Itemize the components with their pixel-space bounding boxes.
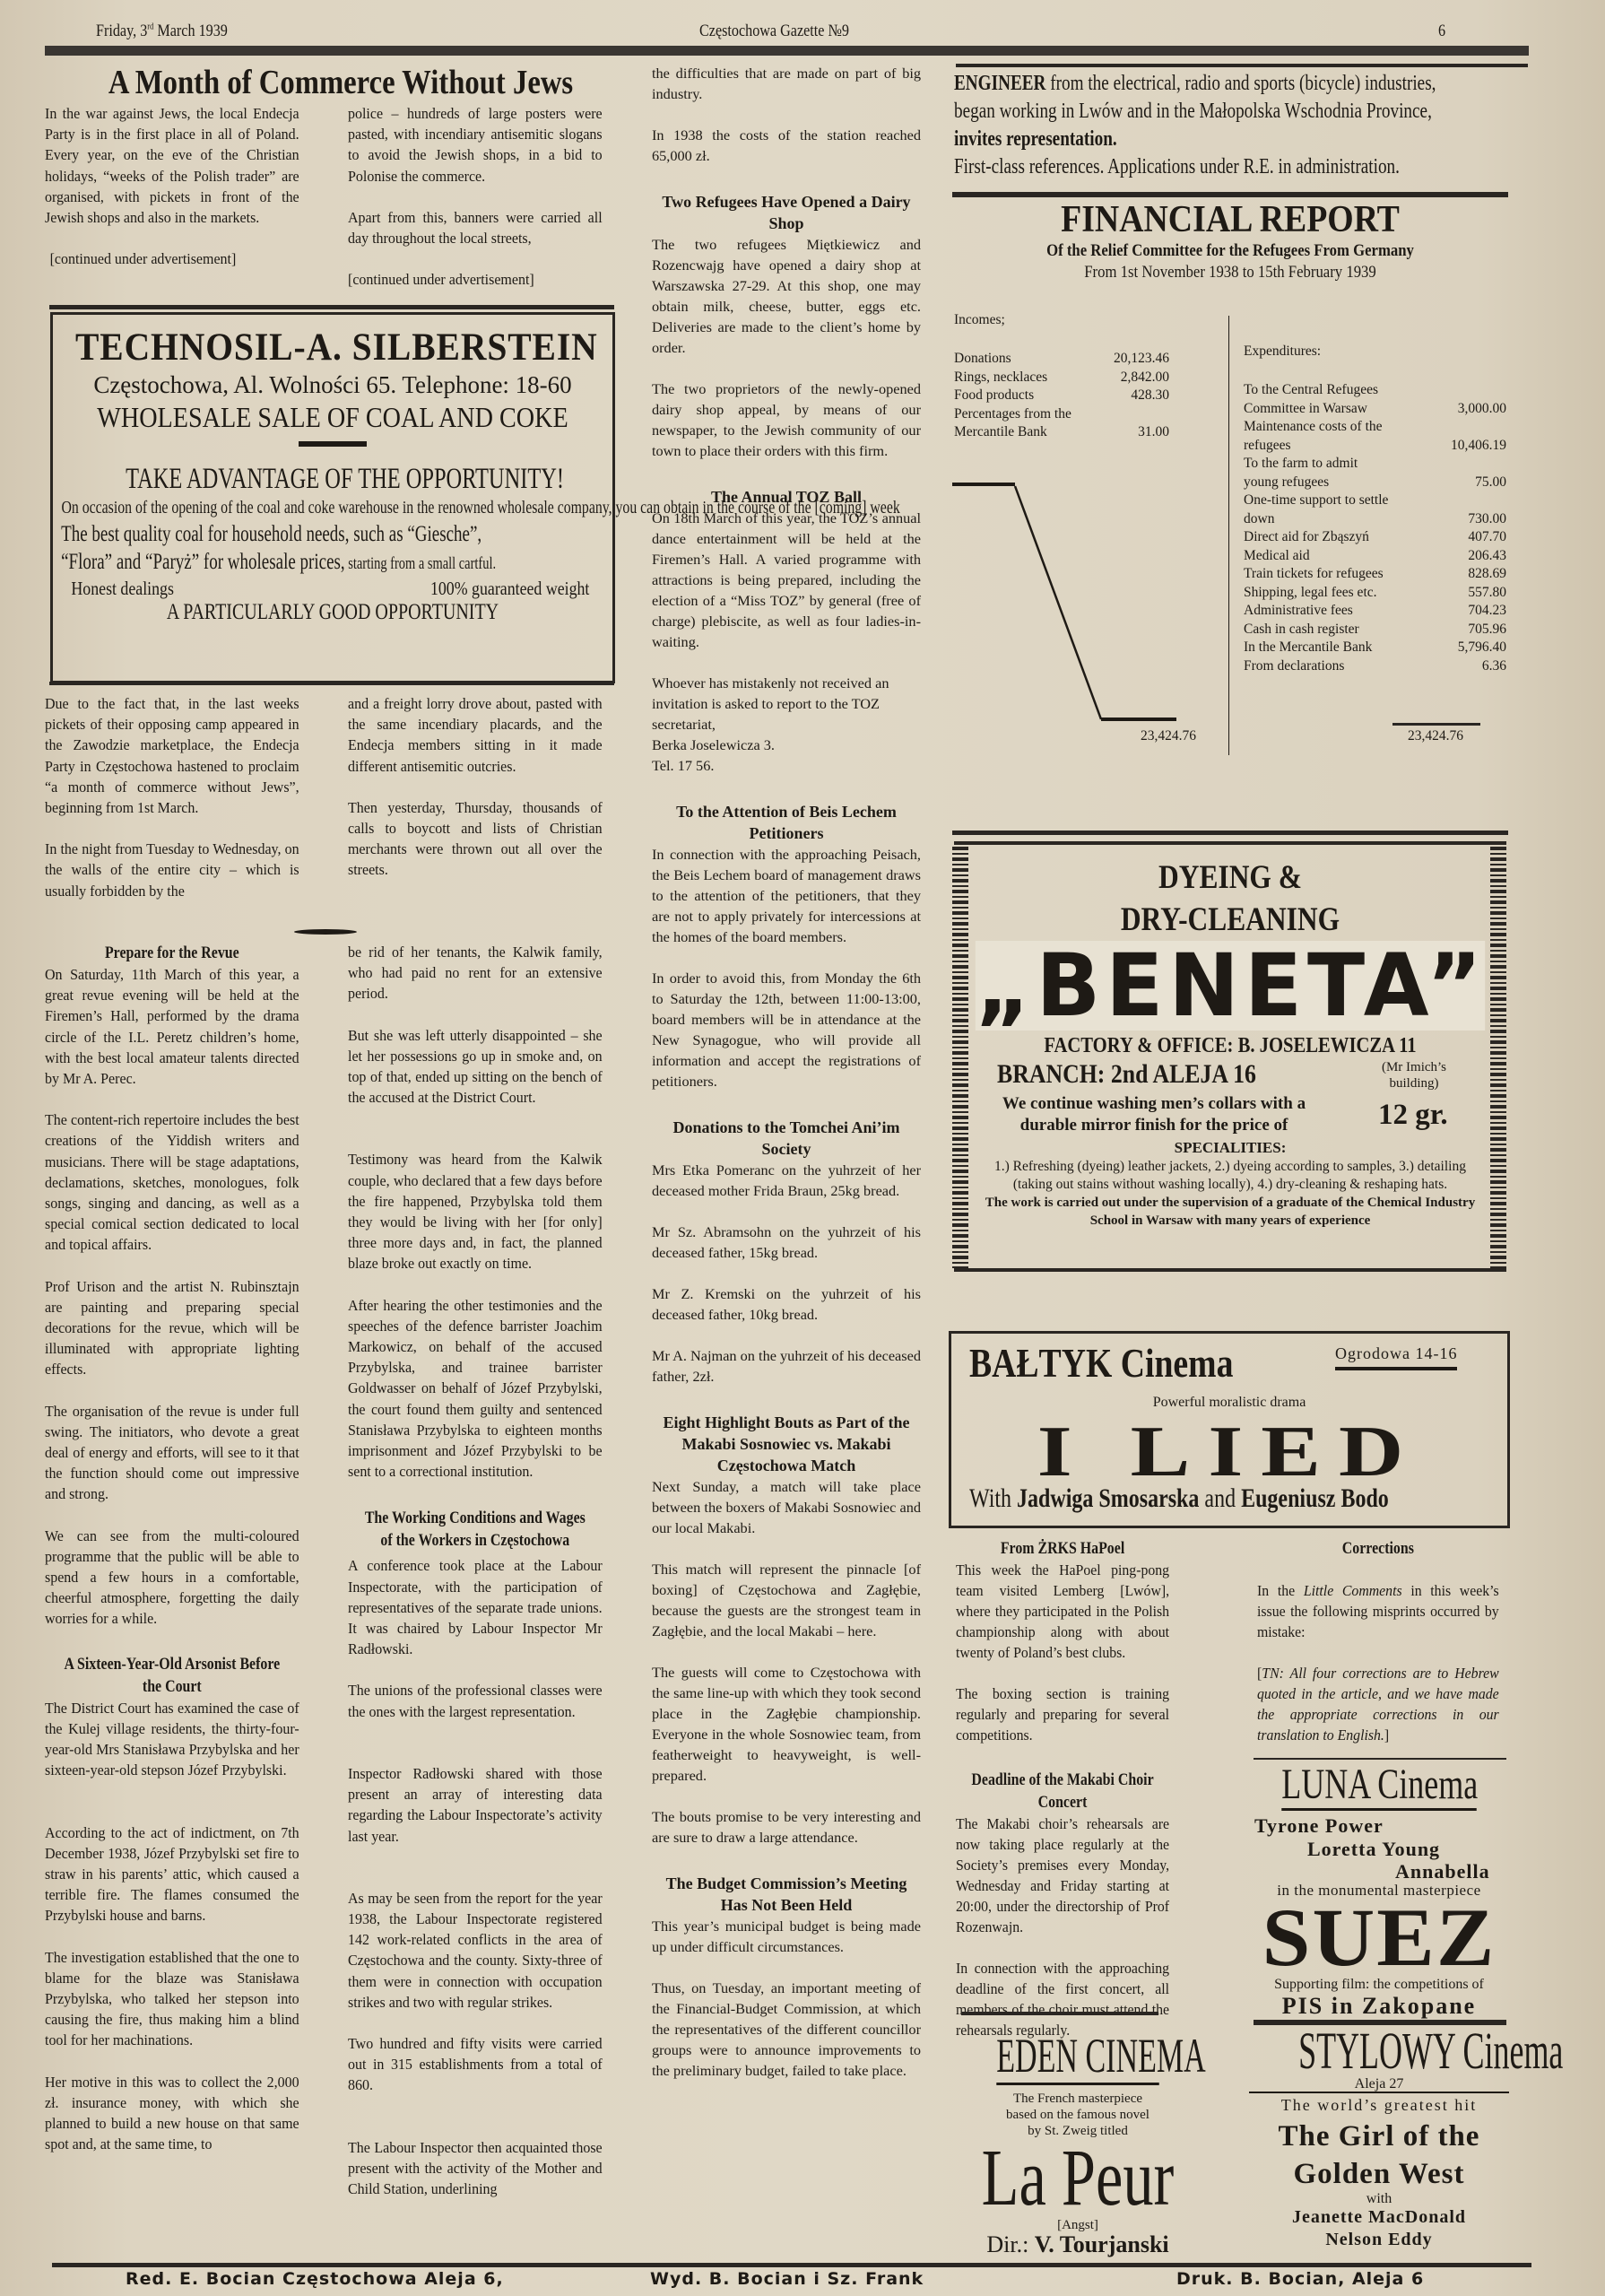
- financial-row: To the Central Refugees: [1244, 381, 1506, 400]
- luna-actor: Tyrone Power: [1254, 1814, 1509, 1838]
- arsonist-title: A Sixteen-Year-Old Arsonist Before the C…: [57, 1653, 286, 1698]
- budget-title: The Budget Commission’s Meeting Has Not …: [652, 1873, 921, 1916]
- row-value: 75.00: [1475, 474, 1506, 492]
- paragraph: Mr A. Najman on the yuhrzeit of his dece…: [652, 1345, 921, 1387]
- row-label: Food products: [954, 387, 1034, 405]
- main-article-col2-top: police – hundreds of large posters were …: [348, 103, 603, 310]
- main-article-col2-bottom: and a freight lorry drove about, pasted …: [348, 693, 603, 881]
- row-value: 206.43: [1468, 547, 1506, 566]
- financial-report-period: From 1st November 1938 to 15th February …: [985, 262, 1475, 283]
- paragraph: We can see from the multi-coloured progr…: [45, 1526, 299, 1630]
- incomes-table: Donations20,123.46Rings, necklaces2,842.…: [954, 350, 1169, 442]
- financial-row: From declarations6.36: [1244, 657, 1506, 676]
- beneta-ad: DYEING & DRY-CLEANING „BENETA” FACTORY &…: [970, 857, 1490, 1230]
- paragraph: A conference took place at the Labour In…: [348, 1555, 603, 1659]
- paragraph: Due to the fact that, in the last weeks …: [45, 693, 299, 818]
- row-label: Percentages from the: [954, 405, 1071, 424]
- paragraph: Then yesterday, Thursday, thousands of c…: [348, 797, 603, 881]
- beneta-brand: „BENETA”: [976, 941, 1485, 1031]
- financial-row: Train tickets for refugees828.69: [1244, 565, 1506, 584]
- luna-support-film: PIS in Zakopane: [1249, 1994, 1509, 2019]
- donations-title: Donations to the Tomchei Ani’im Society: [652, 1117, 921, 1160]
- paragraph: The investigation established that the o…: [45, 1947, 299, 2051]
- paragraph: After hearing the other testimonies and …: [348, 1295, 603, 1483]
- financial-row: Medical aid206.43: [1244, 547, 1506, 566]
- stylowy-name: STYLOWY Cinema: [1298, 2025, 1460, 2077]
- stylowy-film: The Girl of the: [1249, 2117, 1509, 2156]
- continued-note: [continued under advertisement]: [348, 269, 603, 290]
- beneta-supervision: The work is carried out under the superv…: [970, 1194, 1490, 1230]
- luna-actor: Annabella: [1395, 1861, 1509, 1883]
- beneta-collars: We continue washing men’s collars with a…: [979, 1093, 1329, 1136]
- paragraph: The Labour Inspector then acquainted tho…: [348, 2137, 603, 2200]
- eden-ad: EDEN CINEMA The French masterpiece based…: [949, 2029, 1207, 2257]
- beneta-branch: BRANCH: 2nd ALEJA 16: [997, 1059, 1256, 1090]
- financial-row: Mercantile Bank31.00: [954, 423, 1169, 442]
- expenditures-label: Expenditures:: [1244, 344, 1321, 360]
- financial-row: Administrative fees704.23: [1244, 602, 1506, 621]
- paragraph: In connection with the approaching Peisa…: [652, 844, 921, 947]
- expenditures-total: 23,424.76: [1408, 728, 1463, 744]
- ad-rule: [952, 192, 1508, 197]
- row-value: 2,842.00: [1121, 369, 1169, 387]
- paragraph: On Saturday, 11th March of this year, a …: [45, 964, 299, 1089]
- financial-row: One-time support to settle: [1244, 491, 1506, 510]
- hapoel-title: From ŻRKS HaPoel: [967, 1537, 1158, 1560]
- eden-line: The French masterpiece: [949, 2091, 1207, 2107]
- row-value: 704.23: [1468, 602, 1506, 621]
- row-label: young refugees: [1244, 474, 1329, 492]
- row-label: To the farm to admit: [1244, 455, 1358, 474]
- row-label: Rings, necklaces: [954, 369, 1047, 387]
- stylowy-cast: Jeanette MacDonald: [1249, 2206, 1509, 2229]
- row-label: Medical aid: [1244, 547, 1310, 566]
- financial-row: down730.00: [1244, 510, 1506, 529]
- paragraph: This match will represent the pinnacle […: [652, 1559, 921, 1641]
- financial-row: To the farm to admit: [1244, 455, 1506, 474]
- honest-note: Honest dealings: [71, 578, 174, 600]
- row-value: 730.00: [1468, 510, 1506, 529]
- ornamental-border-right: [1490, 847, 1506, 1268]
- financial-row: Maintenance costs of the: [1244, 418, 1506, 437]
- paragraph: Tel. 17 56.: [652, 755, 921, 776]
- ad-rule: [49, 305, 614, 309]
- paragraph: According to the act of indictment, on 7…: [45, 1822, 299, 1926]
- makabi-title: Eight Highlight Bouts as Part of the Mak…: [652, 1412, 921, 1476]
- engineer-line: began working in Lwów and in the Małopol…: [954, 98, 1436, 126]
- beneta-line1: DYEING &: [1010, 857, 1452, 900]
- paragraph: the difficulties that are made on part o…: [652, 63, 921, 104]
- beneta-specialities-label: SPECIALITIES:: [970, 1138, 1490, 1158]
- eden-film: La Peur: [980, 2139, 1176, 2218]
- toz-title: The Annual TOZ Ball: [652, 486, 921, 508]
- financial-report-header: FINANCIAL REPORT Of the Relief Committee…: [952, 199, 1508, 283]
- eden-line: based on the famous novel: [949, 2107, 1207, 2123]
- footer-publisher: Wyd. B. Bocian i Sz. Frank: [650, 2269, 924, 2289]
- technosil-address: Częstochowa, Al. Wolności 65. Telephone:…: [53, 371, 612, 399]
- issue-date: Friday, 3rd March 1939: [96, 22, 228, 41]
- row-value: 557.80: [1468, 584, 1506, 603]
- paragraph: and a freight lorry drove about, pasted …: [348, 693, 603, 777]
- engineer-ad: ENGINEER from the electrical, radio and …: [954, 70, 1436, 181]
- financial-row: Donations20,123.46: [954, 350, 1169, 369]
- financial-row: Percentages from the: [954, 405, 1169, 424]
- stylowy-ad: STYLOWY Cinema Aleja 27 The world’s grea…: [1249, 2025, 1509, 2250]
- corrections-title: Corrections: [1269, 1537, 1487, 1560]
- row-label: down: [1244, 510, 1274, 529]
- paragraph: The bouts promise to be very interesting…: [652, 1806, 921, 1848]
- paragraph: The organisation of the revue is under f…: [45, 1401, 299, 1505]
- row-label: From declarations: [1244, 657, 1344, 676]
- paragraph: This week the HaPoel ping-pong team visi…: [956, 1560, 1169, 1663]
- sum-bracket-line: [950, 475, 1184, 726]
- baltyk-cast: With Jadwiga Smosarska and Eugeniusz Bod…: [969, 1483, 1389, 1514]
- paragraph: As may be seen from the report for the y…: [348, 1888, 603, 2013]
- footer-editor: Red. E. Bocian Częstochowa Aleja 6,: [126, 2269, 504, 2289]
- row-value: 10,406.19: [1451, 437, 1506, 456]
- paragraph: Mrs Etka Pomeranc on the yuhrzeit of her…: [652, 1160, 921, 1201]
- revue-article: Prepare for the Revue On Saturday, 11th …: [45, 942, 299, 2154]
- paragraph: In the war against Jews, the local Endec…: [45, 103, 299, 228]
- arsonist-continued: be rid of her tenants, the Kalwik family…: [348, 942, 603, 2199]
- continued-note: [continued under advertisement]: [45, 248, 299, 269]
- total-rule: [1392, 723, 1480, 726]
- technosil-notes: Honest dealings 100% guaranteed weight: [53, 578, 604, 600]
- row-value: 428.30: [1131, 387, 1169, 405]
- ad-rule: [1254, 1758, 1506, 1760]
- paragraph: The boxing section is training regularly…: [956, 1683, 1169, 1745]
- paragraph: Whoever has mistakenly not received an i…: [652, 673, 921, 735]
- financial-row: Food products428.30: [954, 387, 1169, 405]
- luna-name: LUNA Cinema: [1281, 1761, 1477, 1811]
- beneta-branch-note: (Mr Imich’s building): [1365, 1059, 1463, 1091]
- row-value: 6.36: [1482, 657, 1506, 676]
- hapoel-choir-column: From ŻRKS HaPoel This week the HaPoel pi…: [956, 1537, 1169, 2040]
- baltyk-address: Ogrodowa 14-16: [1335, 1344, 1457, 1370]
- paragraph: be rid of her tenants, the Kalwik family…: [348, 942, 603, 1004]
- paragraph: The content-rich repertoire includes the…: [45, 1109, 299, 1255]
- financial-row: Committee in Warsaw3,000.00: [1244, 400, 1506, 419]
- luna-film: SUEZ: [1243, 1899, 1516, 1976]
- paragraph: Testimony was heard from the Kalwik coup…: [348, 1149, 603, 1274]
- footer-rule: [52, 2263, 1531, 2267]
- luna-actor: Loretta Young: [1307, 1838, 1509, 1861]
- paragraph: The District Court has examined the case…: [45, 1698, 299, 1781]
- choir-title: Deadline of the Makabi Choir Concert: [967, 1769, 1158, 1813]
- row-value: 828.69: [1468, 565, 1506, 584]
- beneta-price: 12 gr.: [1378, 1099, 1448, 1132]
- paragraph: Apart from this, banners were carried al…: [348, 207, 603, 248]
- incomes-total: 23,424.76: [1141, 728, 1196, 744]
- main-article-col1-bottom: Due to the fact that, in the last weeks …: [45, 693, 299, 901]
- row-label: Mercantile Bank: [954, 423, 1047, 442]
- stylowy-tagline: The world’s greatest hit: [1249, 2093, 1509, 2117]
- dairy-title: Two Refugees Have Opened a Dairy Shop: [652, 191, 921, 234]
- row-label: Committee in Warsaw: [1244, 400, 1367, 419]
- engineer-label: ENGINEER: [954, 72, 1045, 95]
- paragraph: Mr Sz. Abramsohn on the yuhrzeit of his …: [652, 1222, 921, 1263]
- row-label: Direct aid for Zbąszyń: [1244, 528, 1369, 547]
- stylowy-with: with: [1249, 2192, 1509, 2206]
- row-label: Cash in cash register: [1244, 621, 1359, 639]
- financial-report-title: FINANCIAL REPORT: [980, 199, 1480, 240]
- luna-ad: LUNA Cinema Tyrone Power Loretta Young A…: [1249, 1761, 1509, 2019]
- main-article-col1-top: In the war against Jews, the local Endec…: [45, 103, 299, 290]
- baltyk-film: I LIED: [882, 1409, 1577, 1495]
- row-label: Donations: [954, 350, 1011, 369]
- paragraph: Next Sunday, a match will take place bet…: [652, 1476, 921, 1538]
- engineer-line: invites representation.: [954, 126, 1436, 153]
- technosil-prices: “Flora” and “Paryż” for wholesale prices…: [53, 548, 478, 578]
- row-label: In the Mercantile Bank: [1244, 639, 1372, 657]
- financial-report-subtitle: Of the Relief Committee for the Refugees…: [985, 240, 1475, 262]
- expenditures-table: To the Central RefugeesCommittee in Wars…: [1244, 381, 1506, 675]
- paragraph: Two hundred and fifty visits were carrie…: [348, 2033, 603, 2096]
- newspaper-page: Friday, 3rd March 1939 Częstochowa Gazet…: [0, 0, 1605, 2296]
- corrections: Corrections In the Little Comments in th…: [1257, 1537, 1499, 1766]
- weight-note: 100% guaranteed weight: [430, 578, 589, 600]
- baltyk-name: BAŁTYK Cinema: [969, 1339, 1233, 1387]
- technosil-headline: WHOLESALE SALE OF COAL AND COKE: [86, 401, 578, 434]
- beneta-factory: FACTORY & OFFICE: B. JOSELEWICZA 11: [1007, 1032, 1454, 1059]
- financial-row: young refugees75.00: [1244, 474, 1506, 492]
- engineer-line: First-class references. Applications und…: [954, 153, 1436, 181]
- ornamental-border-left: [952, 847, 968, 1268]
- eden-name: EDEN CINEMA: [996, 2029, 1158, 2085]
- paragraph: On 18th March of this year, the TOZ’s an…: [652, 508, 921, 652]
- paragraph: This year’s municipal budget is being ma…: [652, 1916, 921, 1957]
- column-three: the difficulties that are made on part o…: [652, 63, 921, 2081]
- paragraph: But she was left utterly disappointed – …: [348, 1025, 603, 1109]
- ad-rule: [961, 2012, 1158, 2015]
- financial-row: Cash in cash register705.96: [1244, 621, 1506, 639]
- paragraph: The Makabi choir’s rehearsals are now ta…: [956, 1813, 1169, 1937]
- financial-row: In the Mercantile Bank5,796.40: [1244, 639, 1506, 657]
- translator-note: TN: All four corrections are to Hebrew q…: [1257, 1665, 1499, 1744]
- technosil-slogan: TAKE ADVANTAGE OF THE OPPORTUNITY!: [126, 463, 540, 496]
- paragraph: The guests will come to Częstochowa with…: [652, 1662, 921, 1786]
- ad-rule: [954, 1268, 1506, 1272]
- financial-row: Shipping, legal fees etc.557.80: [1244, 584, 1506, 603]
- technosil-body: On occasion of the opening of the coal a…: [53, 496, 608, 520]
- row-value: 5,796.40: [1458, 639, 1506, 657]
- technosil-ad: TECHNOSIL-A. SILBERSTEIN Częstochowa, Al…: [50, 312, 615, 683]
- paragraph: The unions of the professional classes w…: [348, 1680, 603, 1721]
- section-ornament: [294, 929, 357, 935]
- stylowy-film: Golden West: [1249, 2156, 1509, 2192]
- financial-row: refugees10,406.19: [1244, 437, 1506, 456]
- row-label: To the Central Refugees: [1244, 381, 1378, 400]
- beis-title: To the Attention of Beis Lechem Petition…: [652, 801, 921, 844]
- paragraph: In the night from Tuesday to Wednesday, …: [45, 839, 299, 901]
- row-label: Train tickets for refugees: [1244, 565, 1384, 584]
- paragraph: In order to avoid this, from Monday the …: [652, 968, 921, 1091]
- divider: [299, 441, 367, 447]
- paragraph: police – hundreds of large posters were …: [348, 103, 603, 187]
- paragraph: Thus, on Tuesday, an important meeting o…: [652, 1978, 921, 2081]
- paragraph: The two proprietors of the newly-opened …: [652, 378, 921, 461]
- footer-printer: Druk. B. Bocian, Aleja 6: [1176, 2269, 1424, 2289]
- row-label: One-time support to settle: [1244, 491, 1388, 510]
- paragraph: Her motive in this was to collect the 2,…: [45, 2072, 299, 2155]
- paragraph: Berka Joselewicza 3.: [652, 735, 921, 755]
- header-rule: [45, 46, 1529, 56]
- main-article-title: A Month of Commerce Without Jews: [79, 63, 603, 102]
- paragraph: Inspector Radłowski shared with those pr…: [348, 1763, 603, 1847]
- paragraph: In 1938 the costs of the station reached…: [652, 125, 921, 166]
- paragraph: Prof Urison and the artist N. Rubinsztaj…: [45, 1276, 299, 1380]
- row-label: Maintenance costs of the: [1244, 418, 1383, 437]
- row-label: Administrative fees: [1244, 602, 1353, 621]
- page-number: 6: [1438, 22, 1445, 41]
- labour-title: The Working Conditions and Wages of the …: [360, 1507, 589, 1552]
- ad-rule: [49, 682, 614, 685]
- financial-row: Direct aid for Zbąszyń407.70: [1244, 528, 1506, 547]
- row-value: 20,123.46: [1114, 350, 1169, 369]
- ad-rule: [954, 841, 1506, 845]
- ad-rule: [956, 64, 1528, 67]
- ad-rule: [952, 831, 1508, 835]
- technosil-quality: The best quality coal for household need…: [53, 520, 478, 548]
- paragraph: Mr Z. Kremski on the yuhrzeit of his dec…: [652, 1283, 921, 1325]
- technosil-name: TECHNOSIL-A. SILBERSTEIN: [75, 326, 590, 370]
- paper-name: Częstochowa Gazette №9: [699, 22, 849, 41]
- revue-title: Prepare for the Revue: [57, 942, 286, 964]
- incomes-label: Incomes;: [954, 312, 1005, 328]
- eden-director: V. Tourjanski: [1035, 2231, 1169, 2257]
- row-value: 3,000.00: [1458, 400, 1506, 419]
- row-label: Shipping, legal fees etc.: [1244, 584, 1377, 603]
- baltyk-ad: BAŁTYK Cinema Ogrodowa 14-16 Powerful mo…: [949, 1331, 1510, 1528]
- technosil-footer: A PARTICULARLY GOOD OPPORTUNITY: [108, 600, 556, 625]
- paragraph: The two refugees Miętkiewicz and Rozencw…: [652, 234, 921, 358]
- column-divider: [1228, 316, 1229, 755]
- row-value: 705.96: [1468, 621, 1506, 639]
- beneta-specialities: 1.) Refreshing (dyeing) leather jackets,…: [970, 1158, 1490, 1194]
- financial-row: Rings, necklaces2,842.00: [954, 369, 1169, 387]
- row-value: 407.70: [1468, 528, 1506, 547]
- stylowy-cast: Nelson Eddy: [1249, 2229, 1509, 2250]
- row-label: refugees: [1244, 437, 1291, 456]
- row-value: 31.00: [1138, 423, 1169, 442]
